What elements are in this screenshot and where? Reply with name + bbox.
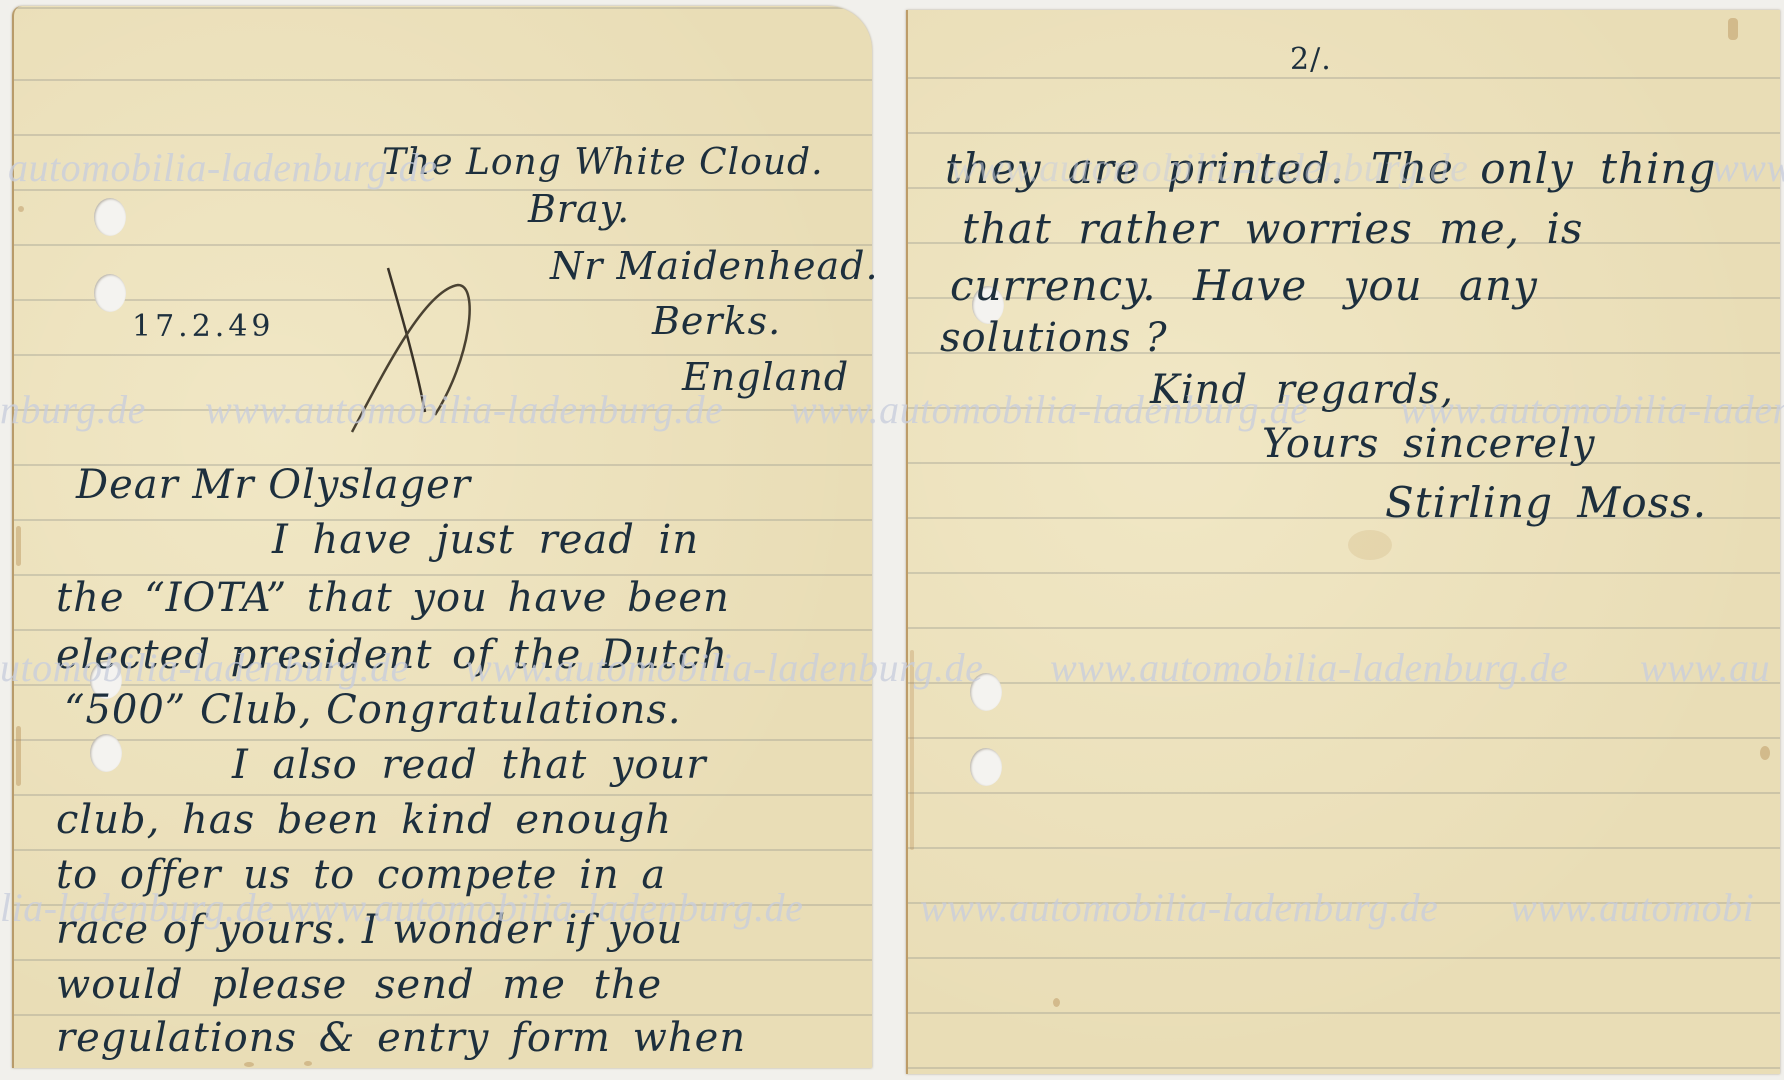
signature: Stirling Moss. (1385, 482, 1707, 524)
body-line-7: to offer us to compete in a (56, 855, 666, 895)
address-line-2: Bray. (528, 190, 630, 228)
body-line-9: would please send me the (56, 965, 662, 1005)
age-stain (18, 206, 24, 212)
punch-hole (90, 734, 122, 772)
page2-body-line-1: they are printed. The only thing (945, 148, 1716, 190)
body-line-8: race of yours. I wonder if you (56, 910, 683, 950)
punch-hole (970, 673, 1002, 711)
age-stain (1728, 18, 1738, 40)
body-line-5: I also read that your (232, 745, 706, 785)
address-line-3: Nr Maidenhead. (550, 247, 879, 285)
age-stain (1760, 746, 1770, 760)
page2-body-line-2: that rather worries me, is (962, 208, 1583, 250)
age-stain (910, 650, 914, 850)
age-stain (244, 1062, 254, 1067)
age-stain (16, 526, 21, 566)
body-line-1: I have just read in (272, 520, 699, 560)
age-stain (1348, 530, 1392, 560)
age-stain (1053, 998, 1060, 1007)
address-line-4: Berks. (652, 302, 781, 340)
punch-hole (94, 198, 126, 236)
address-line-5: England (682, 358, 849, 396)
body-line-10: regulations & entry form when (56, 1018, 746, 1058)
closing-yours-sincerely: Yours sincerely (1262, 424, 1595, 464)
letter-date: 17.2.49 (132, 312, 275, 342)
age-stain (304, 1061, 312, 1066)
pencil-cross-mark-icon (340, 260, 490, 440)
punch-hole (970, 748, 1002, 786)
punch-hole (94, 274, 126, 312)
page2-body-line-3: currency. Have you any (950, 265, 1538, 307)
age-stain (16, 726, 21, 786)
closing-kind-regards: Kind regards, (1150, 370, 1454, 410)
body-line-2: the “IOTA” that you have been (56, 578, 730, 618)
page2-body-line-4: solutions ? (940, 318, 1168, 358)
body-line-3: elected president of the Dutch (56, 635, 728, 675)
address-line-1: The Long White Cloud. (382, 145, 824, 181)
body-line-6: club, has been kind enough (56, 800, 672, 840)
salutation: Dear Mr Olyslager (76, 465, 471, 505)
body-line-4: “500” Club, Congratulations. (64, 690, 682, 730)
page-number: 2/. (1290, 45, 1332, 75)
